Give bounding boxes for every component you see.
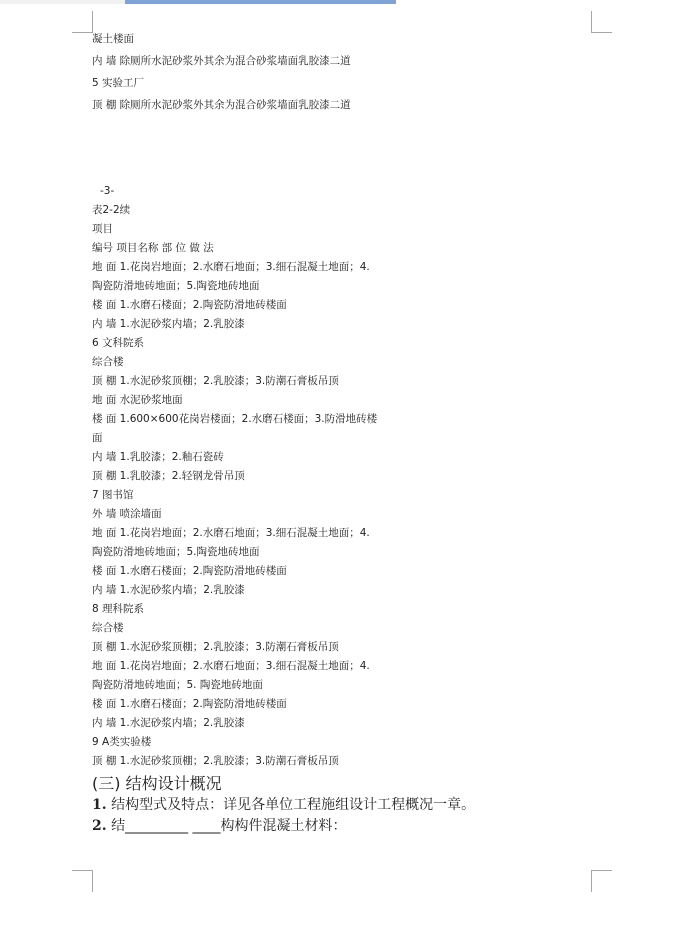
text-line: 面 [92, 429, 592, 448]
text-line: 综合楼 [92, 619, 592, 638]
text-line: 5 实验工厂 [92, 72, 592, 94]
text-line: 陶瓷防滑地砖地面；5.陶瓷地砖地面 [92, 277, 592, 296]
text-line: 内 墙 1.水泥砂浆内墙；2.乳胶漆 [92, 315, 592, 334]
item-text: 结_________ ____构构件混凝土材料： [107, 818, 347, 834]
intro-paragraphs: 凝土楼面内 墙 除厕所水泥砂浆外其余为混合砂浆墙面乳胶漆二道5 实验工厂顶 棚 … [92, 0, 592, 116]
text-line: 编号 项目名称 部 位 做 法 [92, 239, 592, 258]
text-line: 内 墙 1.乳胶漆；2.釉石瓷砖 [92, 448, 592, 467]
text-line: 内 墙 1.水泥砂浆内墙；2.乳胶漆 [92, 714, 592, 733]
text-line: 8 理科院系 [92, 600, 592, 619]
text-line: 表2-2续 [92, 201, 592, 220]
text-line: 顶 棚 1.水泥砂浆顶棚；2.乳胶漆；3.防潮石膏板吊顶 [92, 638, 592, 657]
text-line: 9 A类实验楼 [92, 733, 592, 752]
text-boundary-mark-bottom-left [72, 870, 93, 892]
text-line: 陶瓷防滑地砖地面；5.陶瓷地砖地面 [92, 543, 592, 562]
text-boundary-mark-top-right [591, 11, 612, 33]
text-line: 地 面 水泥砂浆地面 [92, 391, 592, 410]
text-line: 地 面 1.花岗岩地面；2.水磨石地面；3.细石混凝土地面；4. [92, 524, 592, 543]
item-number: 2. [92, 818, 107, 834]
text-line: 顶 棚 除厕所水泥砂浆外其余为混合砂浆墙面乳胶漆二道 [92, 94, 592, 116]
text-line: 顶 棚 1.水泥砂浆顶棚；2.乳胶漆；3.防潮石膏板吊顶 [92, 752, 592, 771]
text-line: 外 墙 喷涂墙面 [92, 505, 592, 524]
text-line: 6 文科院系 [92, 334, 592, 353]
page-number: -3- [92, 182, 592, 201]
text-line: 内 墙 除厕所水泥砂浆外其余为混合砂浆墙面乳胶漆二道 [92, 50, 592, 72]
blank-space [92, 116, 592, 182]
text-line: 地 面 1.花岗岩地面；2.水磨石地面；3.细石混凝土地面；4. [92, 657, 592, 676]
numbered-item-1: 1. 结构型式及特点：详见各单位工程施组设计工程概况一章。 [92, 795, 592, 816]
text-line: 7 图书馆 [92, 486, 592, 505]
text-line: 陶瓷防滑地砖地面；5. 陶瓷地砖地面 [92, 676, 592, 695]
document-text-area[interactable]: 凝土楼面内 墙 除厕所水泥砂浆外其余为混合砂浆墙面乳胶漆二道5 实验工厂顶 棚 … [92, 0, 592, 837]
text-line: 楼 面 1.600×600花岗岩楼面；2.水磨石楼面；3.防滑地砖楼 [92, 410, 592, 429]
text-boundary-mark-top-left [72, 11, 93, 33]
text-line: 楼 面 1.水磨石楼面；2.陶瓷防滑地砖楼面 [92, 562, 592, 581]
numbered-item-2: 2. 结_________ ____构构件混凝土材料： [92, 816, 592, 837]
text-boundary-mark-bottom-right [591, 870, 612, 892]
text-line: 楼 面 1.水磨石楼面；2.陶瓷防滑地砖楼面 [92, 695, 592, 714]
text-line: 内 墙 1.水泥砂浆内墙；2.乳胶漆 [92, 581, 592, 600]
text-line: 顶 棚 1.乳胶漆；2.轻钢龙骨吊顶 [92, 467, 592, 486]
text-line: 地 面 1.花岗岩地面；2.水磨石地面；3.细石混凝土地面；4. [92, 258, 592, 277]
section-heading: (三) 结构设计概况 [92, 773, 592, 795]
table-continuation-lines: 表2-2续项目编号 项目名称 部 位 做 法地 面 1.花岗岩地面；2.水磨石地… [92, 201, 592, 771]
structure-design-section: (三) 结构设计概况 1. 结构型式及特点：详见各单位工程施组设计工程概况一章。… [92, 771, 592, 837]
text-line: 项目 [92, 220, 592, 239]
text-line: 顶 棚 1.水泥砂浆顶棚；2.乳胶漆；3.防潮石膏板吊顶 [92, 372, 592, 391]
item-text: 结构型式及特点：详见各单位工程施组设计工程概况一章。 [107, 797, 475, 813]
item-number: 1. [92, 797, 107, 813]
document-page[interactable]: 凝土楼面内 墙 除厕所水泥砂浆外其余为混合砂浆墙面乳胶漆二道5 实验工厂顶 棚 … [0, 0, 682, 951]
text-line: 凝土楼面 [92, 28, 592, 50]
text-line: 综合楼 [92, 353, 592, 372]
text-line: 楼 面 1.水磨石楼面；2.陶瓷防滑地砖楼面 [92, 296, 592, 315]
